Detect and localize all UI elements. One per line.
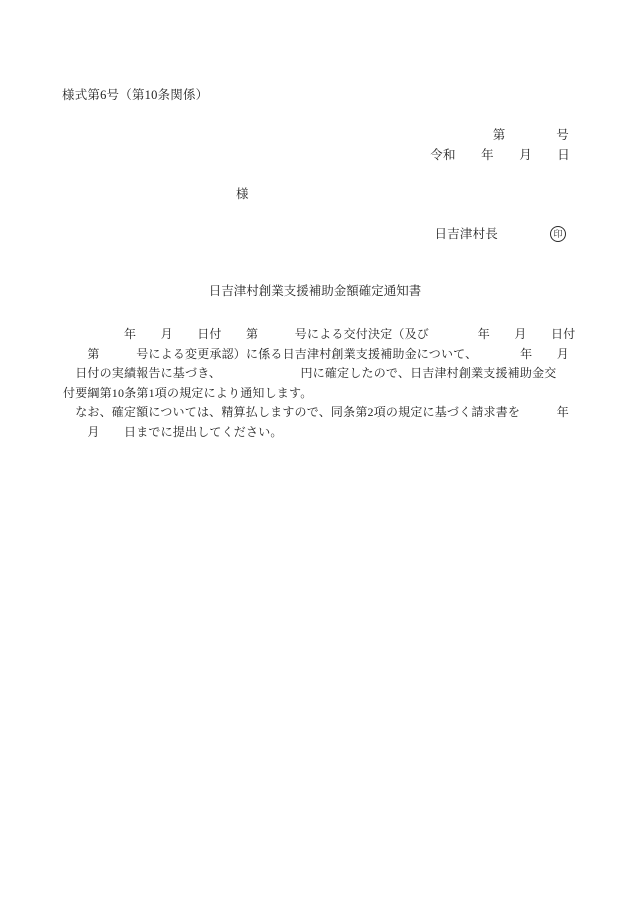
form-number: 様式第6号（第10条関係） <box>62 88 208 103</box>
document-title: 日吉津村創業支援補助金額確定通知書 <box>0 284 630 299</box>
sender-line: 日吉津村長 印 <box>434 226 566 242</box>
body-line-2: 第 号による変更承認）に係る日吉津村創業支援補助金について、 年 月 <box>63 345 575 365</box>
body-line-5: なお、確定額については、精算払しますので、同条第2項の規定に基づく請求書を 年 <box>63 403 575 423</box>
body-line-4: 付要綱第10条第1項の規定により通知します。 <box>63 384 575 404</box>
addressee-honorific: 様 <box>236 187 249 202</box>
document-body: 年 月 日付 第 号による交付決定（及び 年 月 日付 第 号による変更承認）に… <box>63 325 575 442</box>
seal-mark-icon: 印 <box>550 226 566 242</box>
issue-date-blank-line: 令和 年 月 日 <box>430 148 570 163</box>
document-number-blank-line: 第 号 <box>493 128 569 143</box>
body-line-6: 月 日までに提出してください。 <box>63 423 575 443</box>
body-line-3: 日付の実績報告に基づき、 円に確定したので、日吉津村創業支援補助金交 <box>63 364 575 384</box>
body-line-1: 年 月 日付 第 号による交付決定（及び 年 月 日付 <box>63 325 575 345</box>
sender-title: 日吉津村長 <box>434 227 498 242</box>
document-page: 様式第6号（第10条関係） 第 号 令和 年 月 日 様 日吉津村長 印 日吉津… <box>0 0 630 903</box>
